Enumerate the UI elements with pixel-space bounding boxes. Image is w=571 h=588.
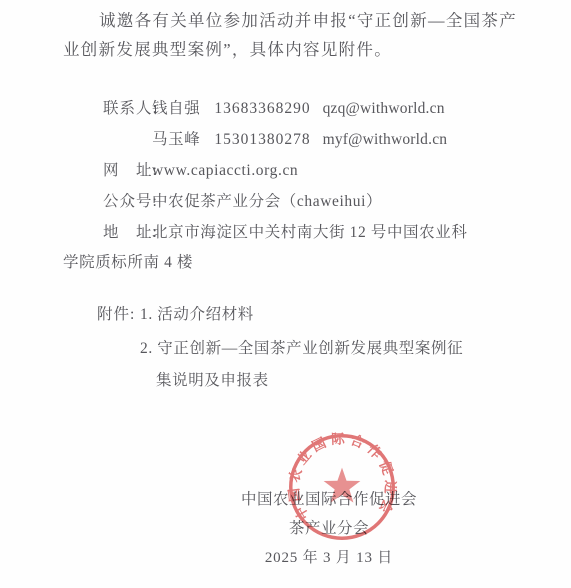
contact-person1-row: 联系人:钱自强13683368290qzq@withworld.cn bbox=[103, 96, 445, 118]
wechat-label: 公众号: bbox=[103, 189, 152, 211]
contact-person2-row: 马玉峰15301380278myf@withworld.cn bbox=[103, 127, 447, 149]
contact-person1-email: qzq@withworld.cn bbox=[323, 100, 445, 117]
contact-person2-name: 马玉峰 bbox=[152, 131, 200, 148]
contact-person2-phone: 15301380278 bbox=[214, 131, 310, 148]
contact-person2-email: myf@withworld.cn bbox=[323, 131, 448, 148]
attachment-item2-line2: 集说明及申报表 bbox=[156, 368, 269, 390]
address-label: 地 址: bbox=[103, 220, 152, 242]
signature-org-line2: 茶产业分会 bbox=[179, 516, 479, 538]
attachment-item1: 1. 活动介绍材料 bbox=[140, 306, 254, 323]
website-row: 网 址:www.capiaccti.org.cn bbox=[103, 158, 298, 180]
address-row: 地 址:北京市海淀区中关村南大街 12 号中国农业科 bbox=[103, 220, 467, 242]
address-line1: 北京市海淀区中关村南大街 12 号中国农业科 bbox=[152, 224, 467, 241]
signature-org-line1: 中国农业国际合作促进会 bbox=[179, 487, 479, 509]
attachments-row: 附件:1. 活动介绍材料 bbox=[97, 302, 254, 324]
document-page: 诚邀各有关单位参加活动并申报“守正创新—全国茶产 业创新发展典型案例”，具体内容… bbox=[0, 0, 571, 588]
seal-ring-text: 中国农业国际合作促进会 bbox=[285, 430, 398, 523]
contact-label: 联系人: bbox=[103, 96, 152, 118]
website-label: 网 址: bbox=[103, 158, 152, 180]
invitation-paragraph-line2: 业创新发展典型案例”，具体内容见附件。 bbox=[63, 36, 392, 60]
attachments-label: 附件: bbox=[97, 302, 140, 324]
contact-person1-phone: 13683368290 bbox=[214, 100, 310, 117]
signature-date: 2025 年 3 月 13 日 bbox=[179, 546, 479, 567]
attachment-item2-line1: 2. 守正创新—全国茶产业创新发展典型案例征 bbox=[140, 336, 463, 358]
website-url: www.capiaccti.org.cn bbox=[152, 162, 298, 179]
invitation-paragraph-line1: 诚邀各有关单位参加活动并申报“守正创新—全国茶产 bbox=[63, 7, 517, 31]
address-line2: 学院质标所南 4 楼 bbox=[63, 250, 193, 272]
contact-person1-name: 钱自强 bbox=[152, 100, 200, 117]
wechat-row: 公众号:中农促茶产业分会（chaweihui） bbox=[103, 189, 382, 211]
wechat-account: 中农促茶产业分会（chaweihui） bbox=[152, 193, 382, 210]
